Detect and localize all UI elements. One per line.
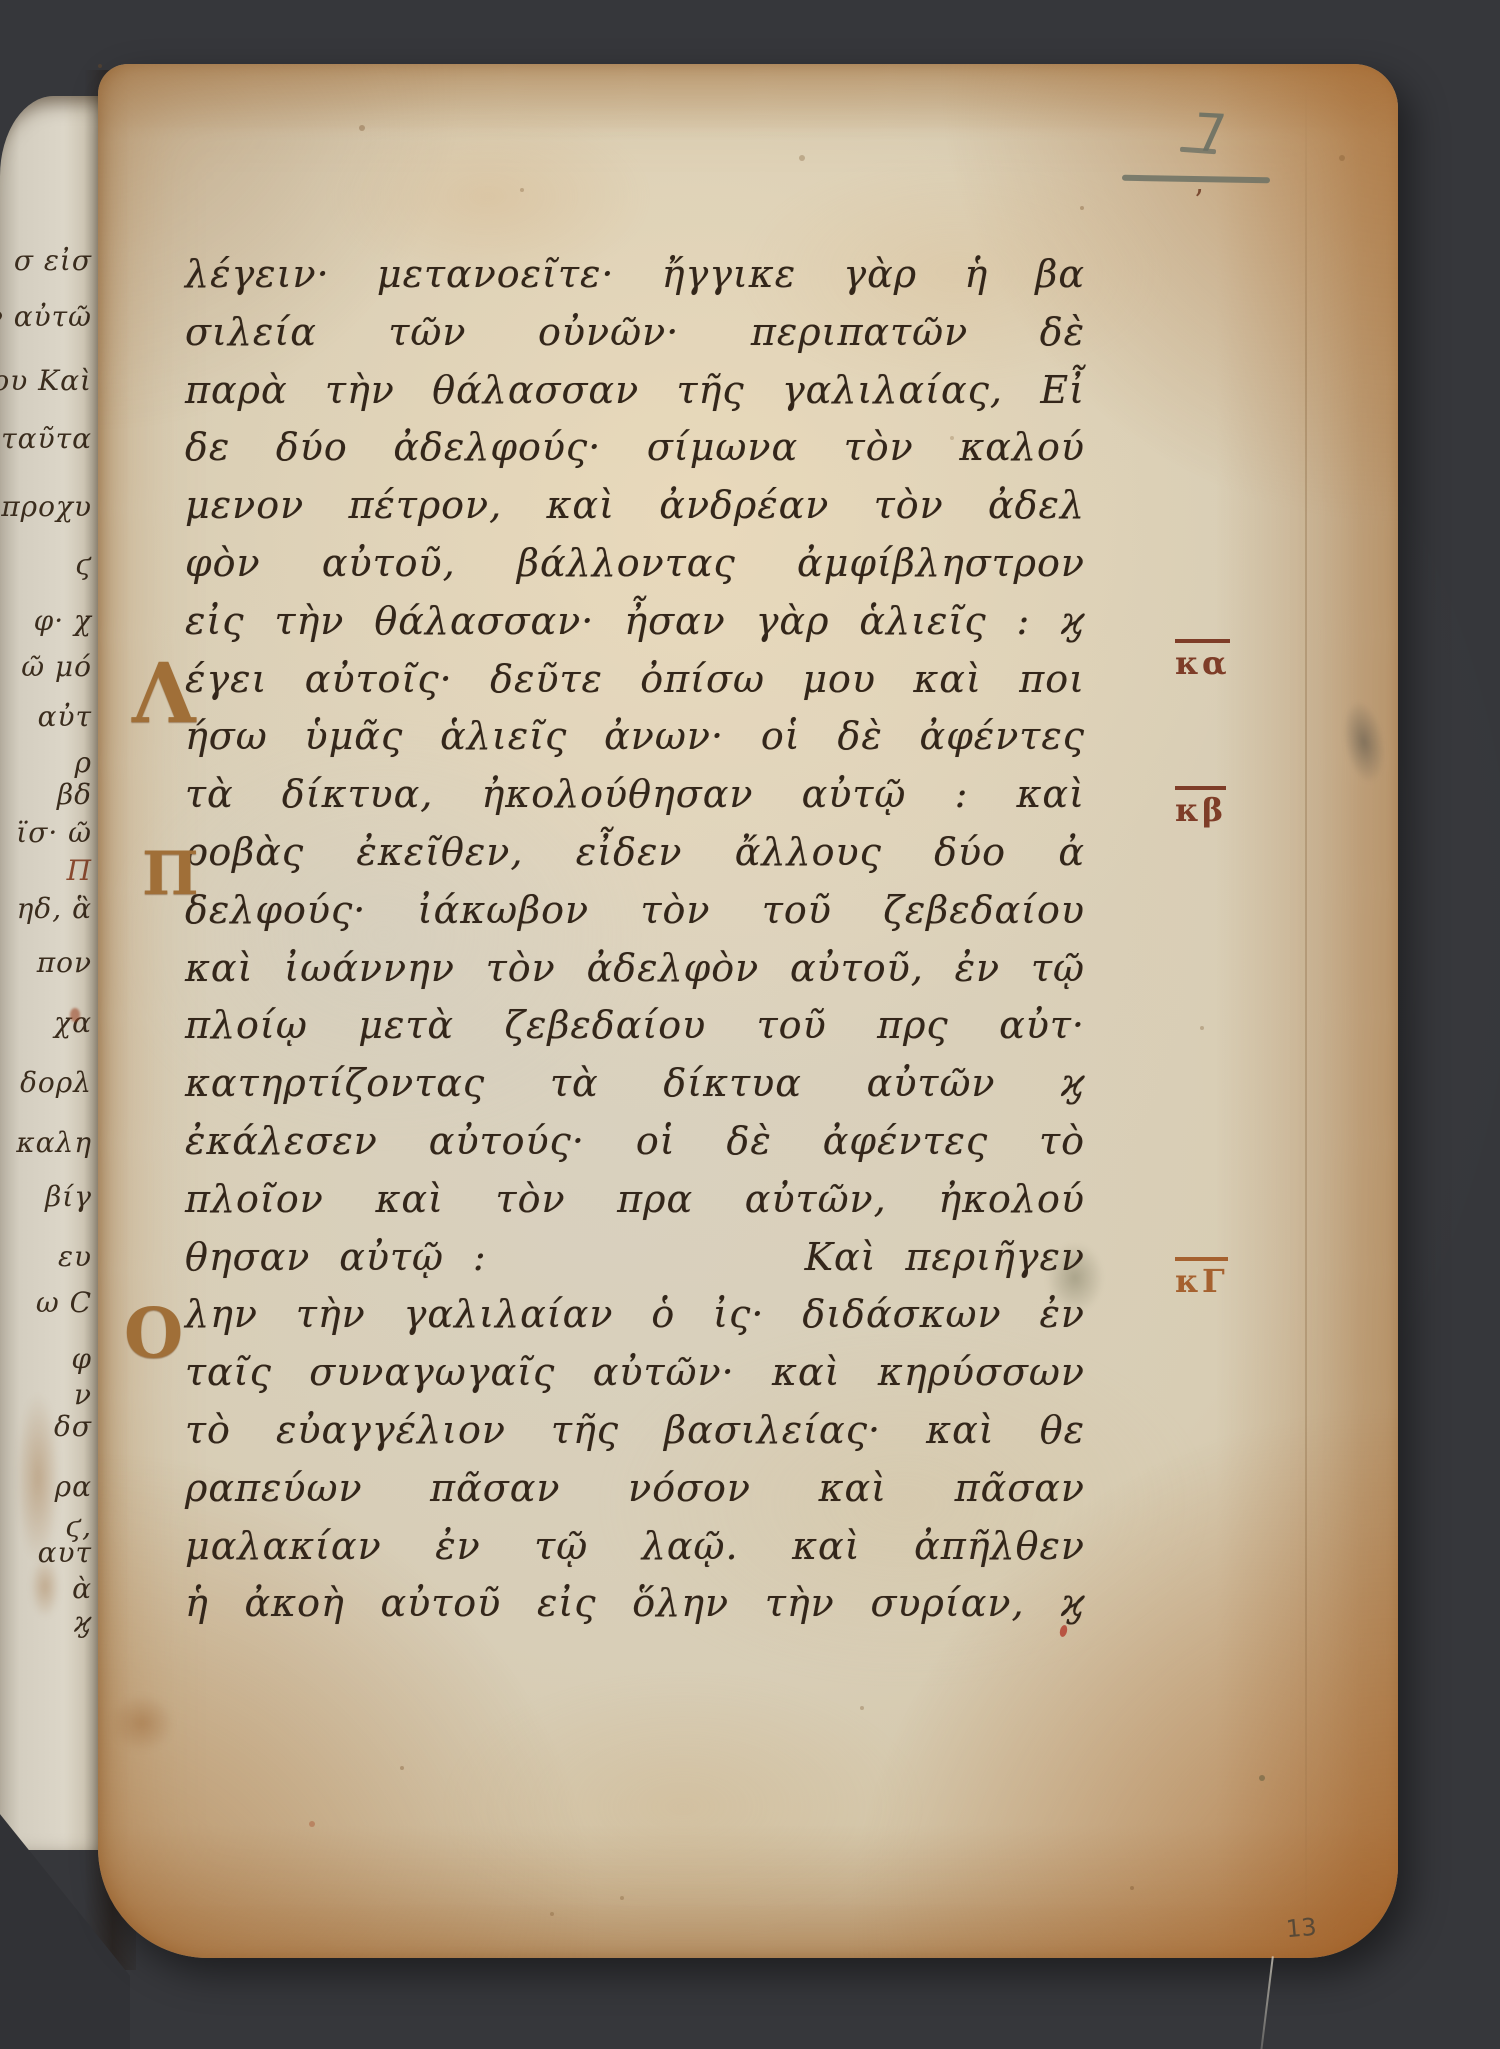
cut-off-text-fragment: ταῦτα	[1, 422, 92, 455]
text-line: καὶ ἰωάννην τὸν ἀδελφὸν αὐτοῦ, ἐν τῷ	[185, 946, 1085, 1004]
text-line: τὰ δίκτυα, ἠκολούθησαν αὐτῷ : καὶ	[185, 772, 1085, 830]
cut-off-text-fragment: ηδ, ἃ	[17, 892, 92, 925]
folio-number-tick: ’	[1194, 184, 1204, 219]
text-line: θησαν αὐτῷ : Καὶ περιῆγεν	[185, 1235, 1085, 1293]
text-line: ήσω ὑμᾶς ἁλιεῖς ἀνων· οἱ δὲ ἀφέντες	[185, 714, 1085, 772]
text-line: δελφούς· ἰάκωβον τὸν τοῦ ζεβεδαίου	[185, 888, 1085, 946]
text-line: ροβὰς ἐκεῖθεν, εἶδεν ἄλλους δύο ἀ	[185, 830, 1085, 888]
text-line: λην τὴν γαλιλαίαν ὁ ἰς· διδάσκων ἐν	[185, 1292, 1085, 1350]
cut-off-text-fragment: σ εἰσ	[14, 244, 92, 277]
cut-off-text-fragment: καλη	[16, 1126, 92, 1159]
photograph-backdrop: { "document_type": "Greek minuscule Gosp…	[0, 0, 1500, 2049]
text-line: ταῖς συναγωγαῖς αὐτῶν· καὶ κηρύσσων	[185, 1350, 1085, 1408]
text-block: λέγειν· μετανοεῖτε· ἤγγικε γὰρ ἡ βασιλεί…	[98, 64, 1398, 1958]
decorated-initial: Ο	[124, 1300, 183, 1368]
text-line: ἡ ἀκοὴ αὐτοῦ εἰς ὅλην τὴν συρίαν, ϗ	[185, 1581, 1085, 1639]
text-line: εἰς τὴν θάλασσαν· ἦσαν γὰρ ἁλιεῖς : ϗ	[185, 599, 1085, 657]
text-line: δε δύο ἀδελφούς· σίμωνα τὸν καλού	[185, 425, 1085, 483]
rust-spot	[70, 1008, 80, 1022]
kephalaion-number: κβ	[1175, 786, 1226, 826]
text-line: ραπεύων πᾶσαν νόσον καὶ πᾶσαν	[185, 1466, 1085, 1524]
manuscript-page: λέγειν· μετανοεῖτε· ἤγγικε γὰρ ἡ βασιλεί…	[98, 64, 1398, 1958]
text-line: μενον πέτρον, καὶ ἀνδρέαν τὸν ἀδελ	[185, 483, 1085, 541]
kephalaion-number: κΓ	[1175, 1257, 1228, 1297]
cut-off-text-fragment: ου Καὶ	[0, 364, 92, 397]
folio-number: 7	[1192, 103, 1228, 165]
corner-pencil-number: 13	[1285, 1913, 1318, 1944]
cut-off-text-fragment: ν αὐτῶ	[0, 300, 92, 333]
cut-off-text-fragment: ῶ μό	[21, 650, 92, 683]
facing-page-text-fragments: σ εἰσν αὐτῶου Καὶταῦταπροχυϛφ· χῶ μόαὐτρ…	[0, 0, 96, 2049]
decorated-initial: Λ	[132, 653, 196, 735]
cut-off-text-fragment: ϊσ· ῶ	[16, 816, 92, 849]
text-line: πλοίῳ μετὰ ζεβεδαίου τοῦ πρς αὐτ·	[185, 1003, 1085, 1061]
loose-thread	[1260, 1956, 1274, 2049]
cut-off-text-fragment: προχυ	[1, 490, 92, 523]
text-line: σιλεία τῶν οὐνῶν· περιπατῶν δὲ	[185, 310, 1085, 368]
text-line: φὸν αὐτοῦ, βάλλοντας ἀμφίβληστρον	[185, 541, 1085, 599]
text-line: παρὰ τὴν θάλασσαν τῆς γαλιλαίας, Εἶ	[185, 368, 1085, 426]
decorated-initial: Π	[142, 844, 199, 904]
kephalaion-number: κα	[1175, 639, 1230, 679]
text-line: ἐκάλεσεν αὐτούς· οἱ δὲ ἀφέντες τὸ	[185, 1119, 1085, 1177]
text-line: τὸ εὐαγγέλιον τῆς βασιλείας· καὶ θε	[185, 1408, 1085, 1466]
cut-off-text-fragment: δορλ	[20, 1066, 92, 1099]
text-line: πλοῖον καὶ τὸν πρα αὐτῶν, ἠκολού	[185, 1177, 1085, 1235]
text-line: κατηρτίζοντας τὰ δίκτυα αὐτῶν ϗ	[185, 1061, 1085, 1119]
text-line: μαλακίαν ἐν τῷ λαῷ. καὶ ἀπῆλθεν	[185, 1524, 1085, 1582]
text-line: λέγειν· μετανοεῖτε· ἤγγικε γὰρ ἡ βα	[185, 252, 1085, 310]
text-line: έγει αὐτοῖς· δεῦτε ὀπίσω μου καὶ ποι	[185, 657, 1085, 715]
